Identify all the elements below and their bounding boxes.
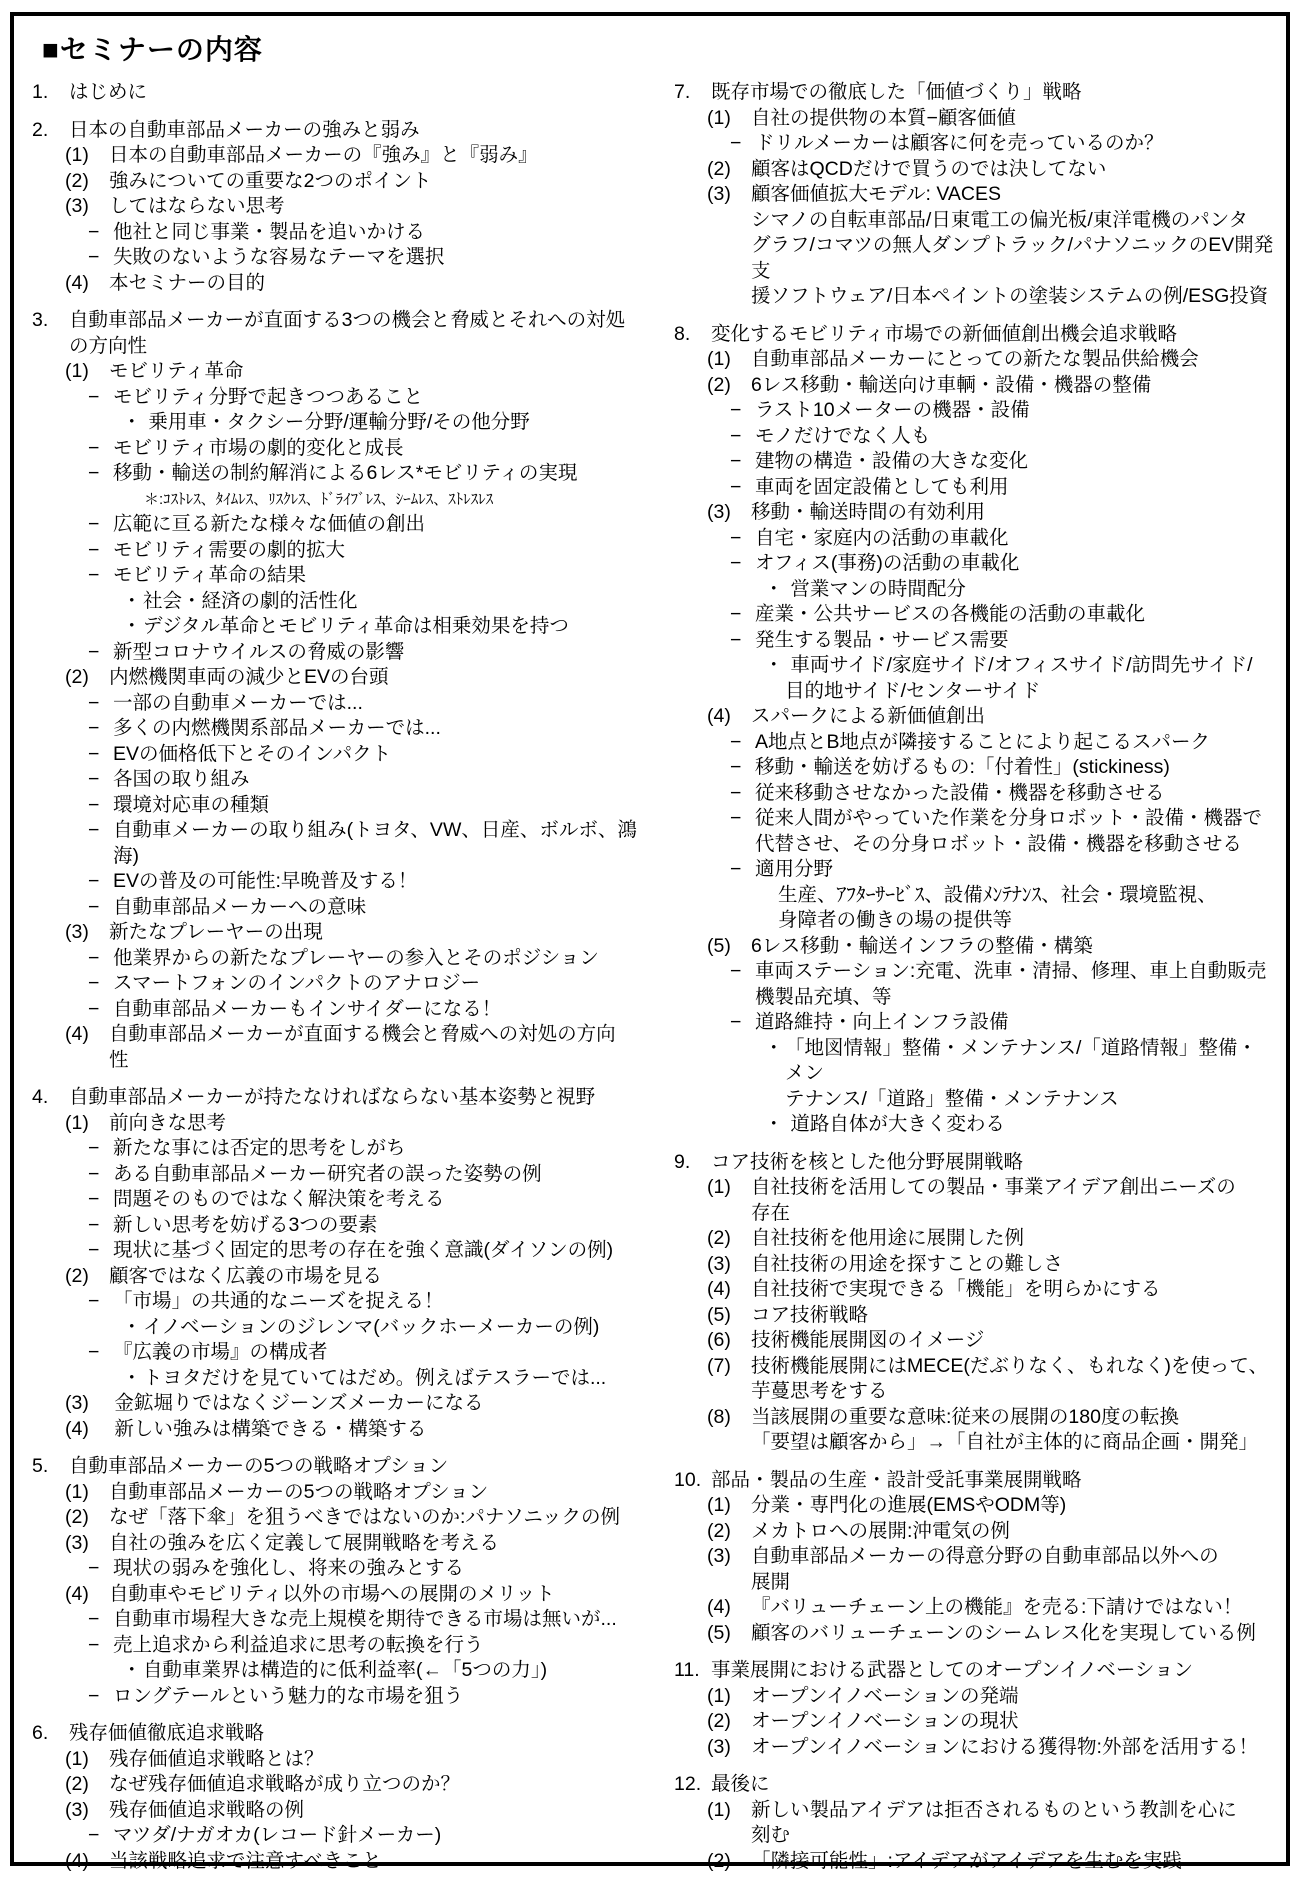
item-text: トヨタだけを見ていてはだめ。例えばテスラーでは... — [143, 1366, 648, 1392]
item-text: 当該戦略追求で注意すべきこと — [109, 1849, 648, 1875]
item-text: メカトロへの展開:沖電気の例 — [751, 1519, 1274, 1545]
item-marker: − — [730, 806, 755, 857]
section-number: 2. — [32, 118, 69, 144]
item-text: 社会・経済の劇的活性化 — [143, 589, 648, 615]
item-marker: (2) — [65, 1772, 109, 1798]
outline-item: −『広義の市場』の構成者 — [88, 1340, 648, 1366]
item-text: 自動車部品メーカーへの意味 — [113, 895, 648, 921]
section-number: 3. — [32, 308, 69, 359]
item-text: 「地図情報」整備・メンテナンス/「道路情報」整備・メン テナンス/「道路」整備・… — [785, 1036, 1274, 1113]
item-text: 顧客ではなく広義の市場を見る — [109, 1264, 648, 1290]
outline-item: −モビリティ革命の結果 — [88, 563, 648, 589]
item-marker: − — [730, 781, 755, 807]
outline-item: −売上追求から利益追求に思考の転換を行う — [88, 1633, 648, 1659]
item-text: 産業・公共サービスの各機能の活動の車載化 — [755, 602, 1274, 628]
item-marker: (5) — [707, 1621, 751, 1647]
section-number: 6. — [32, 1721, 69, 1747]
section-title: 自動車部品メーカーが持たなければならない基本姿勢と視野 — [69, 1085, 648, 1111]
item-marker: (3) — [65, 194, 109, 220]
item-marker: − — [730, 424, 755, 450]
item-marker: − — [730, 449, 755, 475]
item-text: 他業界からの新たなプレーヤーの参入とそのポジション — [113, 946, 648, 972]
outline-item: ＊:ｺｽﾄﾚｽ、ﾀｲﾑﾚｽ、ﾘｽｸﾚｽ、ﾄﾞﾗｲﾌﾞﾚｽ、ｼｰﾑﾚｽ、ｽﾄﾚｽﾚ… — [144, 487, 648, 513]
item-marker: (1) — [65, 143, 109, 169]
section-heading: 9.コア技術を核とした他分野展開戦略 — [674, 1150, 1274, 1176]
outline-item: −現状の弱みを強化し、将来の強みとする — [88, 1556, 648, 1582]
item-text: 発生する製品・サービス需要 — [755, 628, 1274, 654]
item-marker: (4) — [707, 1277, 751, 1303]
item-marker: − — [730, 755, 755, 781]
outline-item: −「市場」の共通的なニーズを捉える！ — [88, 1289, 648, 1315]
item-text: 広範に亘る新たな様々な価値の創出 — [113, 512, 648, 538]
item-text: オープンイノベーションの現状 — [751, 1709, 1274, 1735]
item-marker: (1) — [65, 1747, 109, 1773]
outline-item: (3)移動・輸送時間の有効利用 — [707, 500, 1274, 526]
outline-columns: 1.はじめに2.日本の自動車部品メーカーの強みと弱み(1)日本の自動車部品メーカ… — [32, 80, 1274, 1874]
item-text: なぜ「落下傘」を狙うべきではないのか:パナソニックの例 — [109, 1505, 648, 1531]
item-marker: − — [88, 245, 113, 271]
outline-item: −建物の構造・設備の大きな変化 — [730, 449, 1274, 475]
outline-item: −ドリルメーカーは顧客に何を売っているのか？ — [730, 131, 1274, 157]
outline-item: −A地点とB地点が隣接することにより起こるスパーク — [730, 730, 1274, 756]
item-text: 内燃機関車両の減少とEVの台頭 — [109, 665, 648, 691]
section: 4.自動車部品メーカーが持たなければならない基本姿勢と視野(1)前向きな思考−新… — [32, 1085, 648, 1442]
item-marker: (5) — [707, 1303, 751, 1329]
item-text: A地点とB地点が隣接することにより起こるスパーク — [755, 730, 1274, 756]
item-marker: ・ — [122, 589, 143, 615]
outline-item: (3)自動車部品メーカーの得意分野の自動車部品以外への 展開 — [707, 1544, 1274, 1595]
item-text: 日本の自動車部品メーカーの『強み』と『弱み』 — [109, 143, 648, 169]
outline-item: −モビリティ分野で起きつつあること — [88, 385, 648, 411]
section-title: 事業展開における武器としてのオープンイノベーション — [711, 1658, 1274, 1684]
outline-item: −新しい思考を妨げる3つの要素 — [88, 1213, 648, 1239]
item-marker: (4) — [65, 1417, 109, 1443]
item-marker: − — [88, 512, 113, 538]
item-marker: (7) — [707, 1354, 751, 1405]
outline-item: (1)前向きな思考 — [65, 1111, 648, 1137]
section-title: コア技術を核とした他分野展開戦略 — [711, 1150, 1274, 1176]
outline-item: −EVの価格低下とそのインパクト — [88, 742, 648, 768]
section-heading: 12.最後に — [674, 1772, 1274, 1798]
item-text: オフィス(事務)の活動の車載化 — [755, 551, 1274, 577]
outline-item: (3)してはならない思考 — [65, 194, 648, 220]
item-marker: (1) — [707, 1798, 751, 1849]
item-marker: − — [88, 1136, 113, 1162]
outline-item: −各国の取り組み — [88, 767, 648, 793]
section-heading: 4.自動車部品メーカーが持たなければならない基本姿勢と視野 — [32, 1085, 648, 1111]
item-text: モビリティ革命の結果 — [113, 563, 648, 589]
item-marker: − — [88, 1607, 113, 1633]
outline-item: (4)自動車やモビリティ以外の市場への展開のメリット — [65, 1582, 648, 1608]
item-marker: − — [88, 1213, 113, 1239]
item-text: ドリルメーカーは顧客に何を売っているのか？ — [755, 131, 1274, 157]
outline-item: −モビリティ需要の劇的拡大 — [88, 538, 648, 564]
item-marker: − — [88, 716, 113, 742]
item-marker: − — [730, 628, 755, 654]
section-number: 11. — [674, 1658, 711, 1684]
item-text: スパークによる新価値創出 — [751, 704, 1274, 730]
section-title: 変化するモビリティ市場での新価値創出機会追求戦略 — [711, 322, 1274, 348]
item-marker: ・ — [122, 410, 143, 436]
item-marker: − — [88, 691, 113, 717]
outline-item: −ロングテールという魅力的な市場を狙う — [88, 1684, 648, 1710]
item-text: 自動車やモビリティ以外の市場への展開のメリット — [109, 1582, 648, 1608]
outline-item: シマノの自転車部品/日東電工の偏光板/東洋電機のパンタ グラフ/コマツの無人ダン… — [751, 208, 1274, 310]
item-marker: (1) — [65, 359, 109, 385]
outline-item: −マツダ/ナガオカ(レコード針メーカー) — [88, 1823, 648, 1849]
section: 11.事業展開における武器としてのオープンイノベーション(1)オープンイノベーシ… — [674, 1658, 1274, 1760]
item-marker: ・ — [122, 1658, 143, 1684]
outline-item: ・自動車業界は構造的に低利益率(←「5つの力」) — [122, 1658, 648, 1684]
section-title: 既存市場での徹底した「価値づくり」戦略 — [711, 80, 1274, 106]
outline-item: (1)日本の自動車部品メーカーの『強み』と『弱み』 — [65, 143, 648, 169]
item-marker: (1) — [707, 106, 751, 132]
item-marker: (2) — [707, 1226, 751, 1252]
item-marker: − — [730, 551, 755, 577]
item-text: 新しい強みは構築できる・構築する — [109, 1417, 648, 1443]
item-text: 各国の取り組み — [113, 767, 648, 793]
item-text: 前向きな思考 — [109, 1111, 648, 1137]
section: 9.コア技術を核とした他分野展開戦略(1)自社技術を活用しての製品・事業アイデア… — [674, 1150, 1274, 1456]
section: 7.既存市場での徹底した「価値づくり」戦略(1)自社の提供物の本質−顧客価値−ド… — [674, 80, 1274, 310]
section-number: 4. — [32, 1085, 69, 1111]
item-marker: − — [730, 526, 755, 552]
outline-item: (1)自動車部品メーカーにとっての新たな製品供給機会 — [707, 347, 1274, 373]
outline-item: (2)オープンイノベーションの現状 — [707, 1709, 1274, 1735]
outline-item: (3) 金鉱堀りではなくジーンズメーカーになる — [65, 1391, 648, 1417]
outline-item: (1)新しい製品アイデアは拒否されるものという教訓を心に 刻む — [707, 1798, 1274, 1849]
outline-item: (1)自動車部品メーカーの5つの戦略オプション — [65, 1480, 648, 1506]
section-title: 自動車部品メーカーの5つの戦略オプション — [69, 1454, 648, 1480]
item-text: 顧客のバリューチェーンのシームレス化を実現している例 — [751, 1621, 1274, 1647]
page-title: ■セミナーの内容 — [42, 32, 1274, 68]
item-text: 「市場」の共通的なニーズを捉える！ — [113, 1289, 648, 1315]
section: 6.残存価値徹底追求戦略(1)残存価値追求戦略とは？(2)なぜ残存価値追求戦略が… — [32, 1721, 648, 1874]
item-marker: − — [88, 640, 113, 666]
item-marker: − — [88, 1684, 113, 1710]
section-number: 5. — [32, 1454, 69, 1480]
item-marker: − — [88, 742, 113, 768]
outline-item: (1)分業・専門化の進展(EMSやODM等) — [707, 1493, 1274, 1519]
item-marker: − — [88, 538, 113, 564]
item-text: 現状に基づく固定的思考の存在を強く意識(ダイソンの例) — [113, 1238, 648, 1264]
item-marker: (2) — [707, 157, 751, 183]
item-marker: ・ — [764, 1036, 785, 1113]
item-text: 移動・輸送を妨げるもの:「付着性」(stickiness) — [755, 755, 1274, 781]
item-marker: − — [730, 730, 755, 756]
item-text: 自宅・家庭内の活動の車載化 — [755, 526, 1274, 552]
item-marker: (1) — [707, 1684, 751, 1710]
outline-item: ・ 車両サイド/家庭サイド/オフィスサイド/訪問先サイド/ 目的地サイド/センタ… — [764, 653, 1274, 704]
item-marker: − — [88, 971, 113, 997]
item-text: 自社の強みを広く定義して展開戦略を考える — [109, 1531, 648, 1557]
item-text: ＊:ｺｽﾄﾚｽ、ﾀｲﾑﾚｽ、ﾘｽｸﾚｽ、ﾄﾞﾗｲﾌﾞﾚｽ、ｼｰﾑﾚｽ、ｽﾄﾚｽﾚ… — [144, 487, 648, 513]
item-marker: (2) — [65, 665, 109, 691]
outline-item: −環境対応車の種類 — [88, 793, 648, 819]
section-title: 日本の自動車部品メーカーの強みと弱み — [69, 118, 648, 144]
item-marker: (4) — [707, 704, 751, 730]
section-number: 10. — [674, 1468, 711, 1494]
item-text: 環境対応車の種類 — [113, 793, 648, 819]
outline-item: (1)自社技術を活用しての製品・事業アイデア創出ニーズの 存在 — [707, 1175, 1274, 1226]
item-text: 顧客はQCDだけで買うのでは決してない — [751, 157, 1274, 183]
item-marker: (3) — [707, 1544, 751, 1595]
item-text: 新たな事には否定的思考をしがち — [113, 1136, 648, 1162]
section-number: 9. — [674, 1150, 711, 1176]
item-marker: − — [88, 869, 113, 895]
outline-item: (5)顧客のバリューチェーンのシームレス化を実現している例 — [707, 1621, 1274, 1647]
outline-item: (2)「隣接可能性」:アイデアがアイデアを生むを実践 — [707, 1849, 1274, 1875]
page-title-text: ■セミナーの内容 — [42, 34, 263, 65]
item-marker: − — [88, 1187, 113, 1213]
item-text: 自動車部品メーカーの得意分野の自動車部品以外への 展開 — [751, 1544, 1274, 1595]
item-marker: (2) — [707, 1849, 751, 1875]
item-marker: ・ — [122, 1366, 143, 1392]
section: 3.自動車部品メーカーが直面する3つの機会と脅威とそれへの対処 の方向性(1)モ… — [32, 308, 648, 1073]
outline-item: −自宅・家庭内の活動の車載化 — [730, 526, 1274, 552]
section-heading: 8.変化するモビリティ市場での新価値創出機会追求戦略 — [674, 322, 1274, 348]
item-marker: (3) — [707, 500, 751, 526]
outline-item: ・ 乗用車・タクシー分野/運輸分野/その他分野 — [122, 410, 648, 436]
outline-item: −移動・輸送を妨げるもの:「付着性」(stickiness) — [730, 755, 1274, 781]
outline-item: (4)当該戦略追求で注意すべきこと — [65, 1849, 648, 1875]
item-text: 技術機能展開にはMECE(だぶりなく、もれなく)を使って、 芋蔓思考をする — [751, 1354, 1274, 1405]
item-text: 自社技術を活用しての製品・事業アイデア創出ニーズの 存在 — [751, 1175, 1274, 1226]
section-heading: 3.自動車部品メーカーが直面する3つの機会と脅威とそれへの対処 の方向性 — [32, 308, 648, 359]
outline-item: (3)自社技術の用途を探すことの難しさ — [707, 1252, 1274, 1278]
item-text: 自動車業界は構造的に低利益率(←「5つの力」) — [143, 1658, 648, 1684]
item-text: 新たなプレーヤーの出現 — [109, 920, 648, 946]
item-marker: (2) — [65, 1505, 109, 1531]
outline-item: −広範に亘る新たな様々な価値の創出 — [88, 512, 648, 538]
item-marker: (4) — [65, 1022, 109, 1073]
outline-item: −スマートフォンのインパクトのアナロジー — [88, 971, 648, 997]
item-text: 移動・輸送の制約解消による6レス*モビリティの実現 — [113, 461, 648, 487]
item-marker: − — [88, 385, 113, 411]
item-text: ロングテールという魅力的な市場を狙う — [113, 1684, 648, 1710]
item-text: 自動車部品メーカーが直面する機会と脅威への対処の方向 性 — [109, 1022, 648, 1073]
outline-item: −モビリティ市場の劇的変化と成長 — [88, 436, 648, 462]
outline-item: −新たな事には否定的思考をしがち — [88, 1136, 648, 1162]
item-text: 自動車部品メーカーの5つの戦略オプション — [109, 1480, 648, 1506]
outline-item: −移動・輸送の制約解消による6レス*モビリティの実現 — [88, 461, 648, 487]
outline-item: (1)残存価値追求戦略とは？ — [65, 1747, 648, 1773]
item-text: 自社技術の用途を探すことの難しさ — [751, 1252, 1274, 1278]
item-marker: ・ — [122, 1315, 143, 1341]
item-text: EVの普及の可能性:早晩普及する！ — [113, 869, 648, 895]
item-text: 自動車部品メーカーもインサイダーになる！ — [113, 997, 648, 1023]
item-marker: − — [730, 959, 755, 1010]
item-text: 新しい思考を妨げる3つの要素 — [113, 1213, 648, 1239]
section-heading: 10.部品・製品の生産・設計受託事業展開戦略 — [674, 1468, 1274, 1494]
item-text: 新型コロナウイルスの脅威の影響 — [113, 640, 648, 666]
outline-item: −一部の自動車メーカーでは... — [88, 691, 648, 717]
item-text: 他社と同じ事業・製品を追いかける — [113, 220, 648, 246]
outline-item: (3)新たなプレーヤーの出現 — [65, 920, 648, 946]
item-text: モビリティ革命 — [109, 359, 648, 385]
item-text: 『広義の市場』の構成者 — [113, 1340, 648, 1366]
left-column: 1.はじめに2.日本の自動車部品メーカーの強みと弱み(1)日本の自動車部品メーカ… — [32, 80, 648, 1874]
item-marker: ・ — [764, 1112, 785, 1138]
item-marker: − — [88, 1162, 113, 1188]
section-number: 1. — [32, 80, 69, 106]
item-marker: − — [730, 857, 755, 883]
item-marker: (3) — [707, 1252, 751, 1278]
item-marker: − — [88, 1289, 113, 1315]
item-marker: (3) — [707, 182, 751, 208]
item-marker: − — [730, 475, 755, 501]
item-text: 自動車市場程大きな売上規模を期待できる市場は無いが... — [113, 1607, 648, 1633]
item-marker: − — [88, 818, 113, 869]
item-text: オープンイノベーションにおける獲得物:外部を活用する！ — [751, 1735, 1274, 1761]
item-marker: (1) — [65, 1111, 109, 1137]
outline-item: (3)残存価値追求戦略の例 — [65, 1798, 648, 1824]
section-heading: 2.日本の自動車部品メーカーの強みと弱み — [32, 118, 648, 144]
outline-item: −自動車市場程大きな売上規模を期待できる市場は無いが... — [88, 1607, 648, 1633]
item-marker: ・ — [764, 577, 785, 603]
outline-item: ・ 営業マンの時間配分 — [764, 577, 1274, 603]
outline-item: −モノだけでなく人も — [730, 424, 1274, 450]
outline-item: −自動車メーカーの取り組み(トヨタ、VW、日産、ボルボ、鴻海) — [88, 818, 648, 869]
outline-item: (2)自社技術を他用途に展開した例 — [707, 1226, 1274, 1252]
section-heading: 1.はじめに — [32, 80, 648, 106]
item-text: 従来移動させなかった設備・機器を移動させる — [755, 781, 1274, 807]
outline-item: (5)コア技術戦略 — [707, 1303, 1274, 1329]
section-title: 自動車部品メーカーが直面する3つの機会と脅威とそれへの対処 の方向性 — [69, 308, 648, 359]
item-text: 強みについての重要な2つのポイント — [109, 169, 648, 195]
outline-item: −EVの普及の可能性:早晩普及する！ — [88, 869, 648, 895]
item-marker: − — [88, 997, 113, 1023]
item-text: コア技術戦略 — [751, 1303, 1274, 1329]
section-title: 部品・製品の生産・設計受託事業展開戦略 — [711, 1468, 1274, 1494]
item-marker: (3) — [707, 1735, 751, 1761]
outline-item: (4)自社技術で実現できる「機能」を明らかにする — [707, 1277, 1274, 1303]
item-text: 乗用車・タクシー分野/運輸分野/その他分野 — [143, 410, 648, 436]
section: 1.はじめに — [32, 80, 648, 106]
item-text: 道路維持・向上インフラ設備 — [755, 1010, 1274, 1036]
outline-item: (3)オープンイノベーションにおける獲得物:外部を活用する！ — [707, 1735, 1274, 1761]
item-text: 自動車部品メーカーにとっての新たな製品供給機会 — [751, 347, 1274, 373]
item-marker: (2) — [65, 1264, 109, 1290]
outline-item: (5)6レス移動・輸送インフラの整備・構築 — [707, 934, 1274, 960]
outline-item: −自動車部品メーカーへの意味 — [88, 895, 648, 921]
section-number: 7. — [674, 80, 711, 106]
section-heading: 5.自動車部品メーカーの5つの戦略オプション — [32, 1454, 648, 1480]
item-text: 失敗のないような容易なテーマを選択 — [113, 245, 648, 271]
outline-item: −他業界からの新たなプレーヤーの参入とそのポジション — [88, 946, 648, 972]
item-marker: ・ — [122, 614, 143, 640]
right-column: 7.既存市場での徹底した「価値づくり」戦略(1)自社の提供物の本質−顧客価値−ド… — [674, 80, 1274, 1874]
outline-item: (4)本セミナーの目的 — [65, 271, 648, 297]
section: 10.部品・製品の生産・設計受託事業展開戦略(1)分業・専門化の進展(EMSやO… — [674, 1468, 1274, 1647]
outline-item: −現状に基づく固定的思考の存在を強く意識(ダイソンの例) — [88, 1238, 648, 1264]
item-text: 適用分野 — [755, 857, 1274, 883]
item-text: 顧客価値拡大モデル: VACES — [751, 182, 1274, 208]
item-marker: − — [88, 767, 113, 793]
item-text: 自社の提供物の本質−顧客価値 — [751, 106, 1274, 132]
outline-item: −ラスト10メーターの機器・設備 — [730, 398, 1274, 424]
document-page: ■セミナーの内容 1.はじめに2.日本の自動車部品メーカーの強みと弱み(1)日本… — [10, 12, 1290, 1866]
outline-item: ・トヨタだけを見ていてはだめ。例えばテスラーでは... — [122, 1366, 648, 1392]
outline-item: (7)技術機能展開にはMECE(だぶりなく、もれなく)を使って、 芋蔓思考をする — [707, 1354, 1274, 1405]
item-marker: (1) — [707, 347, 751, 373]
item-marker: − — [88, 1823, 113, 1849]
item-marker: (3) — [65, 920, 109, 946]
section: 8.変化するモビリティ市場での新価値創出機会追求戦略(1)自動車部品メーカーにと… — [674, 322, 1274, 1138]
item-marker: (3) — [65, 1798, 109, 1824]
item-text: 建物の構造・設備の大きな変化 — [755, 449, 1274, 475]
item-text: 多くの内燃機関系部品メーカーでは... — [113, 716, 648, 742]
section: 5.自動車部品メーカーの5つの戦略オプション(1)自動車部品メーカーの5つの戦略… — [32, 1454, 648, 1709]
item-marker: (2) — [707, 1709, 751, 1735]
item-marker: (4) — [65, 271, 109, 297]
item-marker: − — [730, 1010, 755, 1036]
item-text: 営業マンの時間配分 — [785, 577, 1274, 603]
item-text: 道路自体が大きく変わる — [785, 1112, 1274, 1138]
item-marker: (5) — [707, 934, 751, 960]
item-text: マツダ/ナガオカ(レコード針メーカー) — [113, 1823, 648, 1849]
outline-item: (1)オープンイノベーションの発端 — [707, 1684, 1274, 1710]
outline-item: −発生する製品・サービス需要 — [730, 628, 1274, 654]
item-text: モノだけでなく人も — [755, 424, 1274, 450]
item-text: なぜ残存価値追求戦略が成り立つのか？ — [109, 1772, 648, 1798]
item-text: 一部の自動車メーカーでは... — [113, 691, 648, 717]
item-text: モビリティ需要の劇的拡大 — [113, 538, 648, 564]
item-text: 当該展開の重要な意味:従来の展開の180度の転換 「要望は顧客から」→「自社が主… — [751, 1405, 1274, 1456]
section-heading: 6.残存価値徹底追求戦略 — [32, 1721, 648, 1747]
item-text: 従来人間がやっていた作業を分身ロボット・設備・機器で 代替させ、その分身ロボット… — [755, 806, 1274, 857]
outline-item: −失敗のないような容易なテーマを選択 — [88, 245, 648, 271]
item-text: 6レス移動・輸送インフラの整備・構築 — [751, 934, 1274, 960]
outline-item: −他社と同じ事業・製品を追いかける — [88, 220, 648, 246]
item-text: EVの価格低下とそのインパクト — [113, 742, 648, 768]
outline-item: (1)自社の提供物の本質−顧客価値 — [707, 106, 1274, 132]
outline-item: ・ 道路自体が大きく変わる — [764, 1112, 1274, 1138]
item-text: 自動車メーカーの取り組み(トヨタ、VW、日産、ボルボ、鴻海) — [113, 818, 648, 869]
item-marker: (4) — [707, 1595, 751, 1621]
item-text: 問題そのものではなく解決策を考える — [113, 1187, 648, 1213]
outline-item: −従来人間がやっていた作業を分身ロボット・設備・機器で 代替させ、その分身ロボッ… — [730, 806, 1274, 857]
item-marker: (2) — [707, 373, 751, 399]
item-marker: − — [88, 436, 113, 462]
item-marker: (2) — [65, 169, 109, 195]
item-text: 売上追求から利益追求に思考の転換を行う — [113, 1633, 648, 1659]
item-marker: (3) — [65, 1531, 109, 1557]
item-text: 残存価値追求戦略とは？ — [109, 1747, 648, 1773]
item-marker: − — [730, 398, 755, 424]
item-marker: − — [88, 895, 113, 921]
item-marker: − — [88, 793, 113, 819]
item-marker: ・ — [764, 653, 785, 704]
item-text: デジタル革命とモビリティ革命は相乗効果を持つ — [143, 614, 648, 640]
item-marker: (1) — [65, 1480, 109, 1506]
item-text: モビリティ分野で起きつつあること — [113, 385, 648, 411]
item-marker: − — [730, 602, 755, 628]
outline-item: −従来移動させなかった設備・機器を移動させる — [730, 781, 1274, 807]
outline-item: (2)顧客ではなく広義の市場を見る — [65, 1264, 648, 1290]
item-text: モビリティ市場の劇的変化と成長 — [113, 436, 648, 462]
item-text: 分業・専門化の進展(EMSやODM等) — [751, 1493, 1274, 1519]
outline-item: ・デジタル革命とモビリティ革命は相乗効果を持つ — [122, 614, 648, 640]
outline-item: −適用分野 — [730, 857, 1274, 883]
item-text: スマートフォンのインパクトのアナロジー — [113, 971, 648, 997]
outline-item: (4)『バリューチェーン上の機能』を売る:下請けではない！ — [707, 1595, 1274, 1621]
section: 12.最後に(1)新しい製品アイデアは拒否されるものという教訓を心に 刻む(2)… — [674, 1772, 1274, 1874]
item-text: イノベーションのジレンマ(バックホーメーカーの例) — [143, 1315, 648, 1341]
outline-item: −問題そのものではなく解決策を考える — [88, 1187, 648, 1213]
outline-item: −ある自動車部品メーカー研究者の誤った姿勢の例 — [88, 1162, 648, 1188]
item-marker: − — [88, 220, 113, 246]
